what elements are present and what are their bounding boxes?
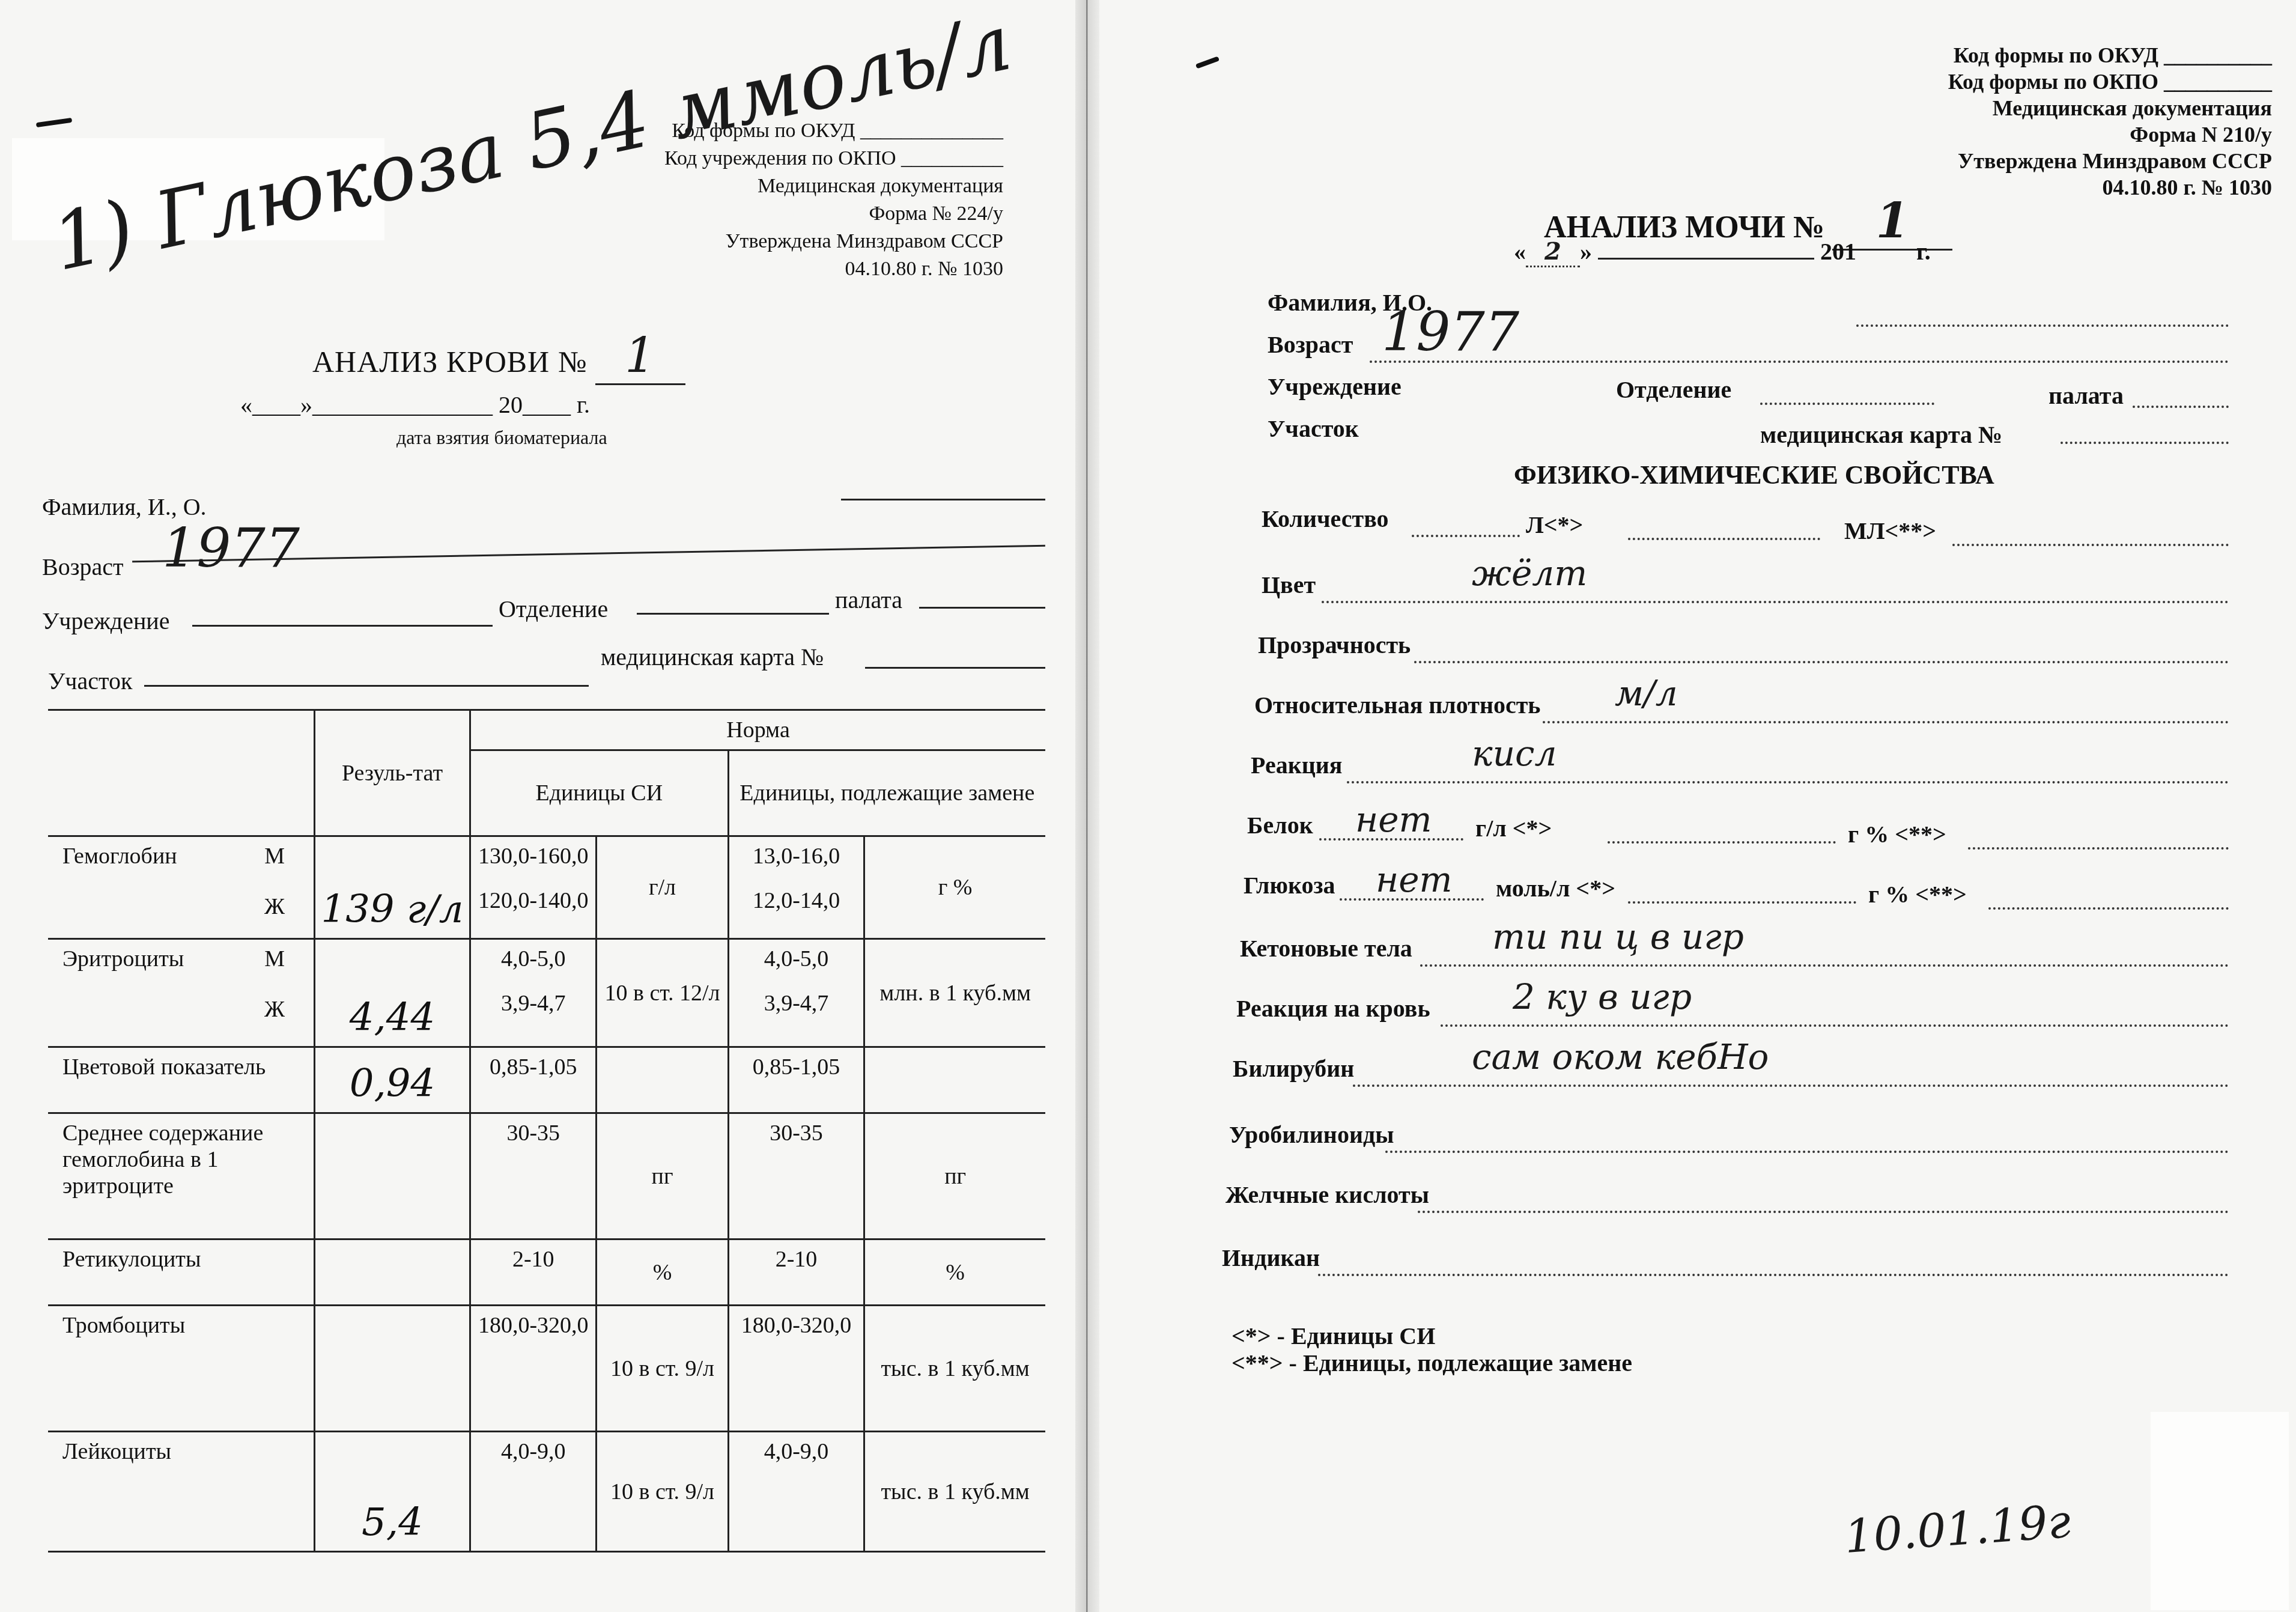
property-value: нет	[1376, 859, 1453, 900]
name-field[interactable]	[1856, 324, 2229, 327]
table-row: Ретикулоциты2-10%2-10%	[48, 1239, 1045, 1306]
table-row: Цветовой показатель0,940,85-1,050,85-1,0…	[48, 1047, 1045, 1113]
doc-type: Медицинская документация	[664, 172, 1003, 200]
form-number: Форма № 224/у	[664, 200, 1003, 228]
form-header: Код формы по ОКУД __________ Код формы п…	[1948, 42, 2272, 201]
property-field[interactable]	[1543, 721, 2229, 723]
old-range-cell: 180,0-320,0	[728, 1306, 864, 1432]
institution-field[interactable]	[192, 625, 493, 627]
property-value: нет	[1355, 799, 1432, 840]
district-field[interactable]	[144, 685, 589, 687]
medcard-label: медицинская карта №	[1760, 421, 2002, 449]
row-name: Эритроциты	[62, 946, 184, 972]
result-value: 139 г/л	[321, 887, 463, 932]
old-range-cell: 4,0-5,03,9-4,7	[728, 939, 864, 1047]
old-unit-cell: г %	[864, 836, 1045, 939]
property-value: м/л	[1615, 673, 1678, 714]
table-row: ГемоглобинМ Ж139 г/л130,0-160,0120,0-140…	[48, 836, 1045, 939]
result-value: 0,94	[350, 1062, 436, 1106]
property-label: Глюкоза	[1244, 871, 1335, 899]
property-field[interactable]	[1347, 781, 2229, 783]
property-value: сам оком кебНо	[1472, 1036, 1769, 1077]
property-field[interactable]	[1414, 661, 2229, 663]
si-unit-cell: 10 в ст. 12/л	[597, 939, 728, 1047]
row-name: Цветовой показатель	[62, 1054, 266, 1080]
result-cell[interactable]	[315, 1113, 470, 1239]
old-range-cell: 30-35	[728, 1113, 864, 1239]
ward-label: палата	[835, 586, 902, 614]
old-unit-cell: млн. в 1 куб.мм	[864, 939, 1045, 1047]
redacted-signature	[2151, 1412, 2289, 1610]
property-field[interactable]	[1420, 964, 2229, 967]
property-value: жёлт	[1472, 553, 1587, 594]
age-label: Возраст	[1268, 330, 1353, 359]
result-cell[interactable]	[315, 1306, 470, 1432]
parameter-cell: Тромбоциты	[48, 1306, 315, 1432]
quantity-old-field[interactable]	[1628, 538, 1820, 540]
property-label: Белок	[1247, 811, 1313, 839]
result-header: Резуль-тат	[315, 710, 470, 836]
result-cell[interactable]: 139 г/л	[315, 836, 470, 939]
si-range-cell: 0,85-1,05	[470, 1047, 597, 1113]
result-cell[interactable]: 0,94	[315, 1047, 470, 1113]
row-name: Ретикулоциты	[62, 1247, 201, 1272]
si-unit-cell	[597, 1047, 728, 1113]
department-label: Отделение	[499, 595, 608, 623]
quantity-si-unit: Л<*>	[1526, 511, 1583, 539]
property-label: Прозрачность	[1258, 631, 1411, 659]
department-field[interactable]	[637, 613, 829, 615]
footnote-old: <**> - Единицы, подлежащие замене	[1232, 1349, 1632, 1377]
age-value: 1977	[1382, 300, 1519, 363]
property-field[interactable]	[1322, 601, 2229, 603]
property-value: кисл	[1472, 733, 1556, 774]
signature-date: 10.01.19г	[1842, 1494, 2072, 1563]
district-label: Участок	[1268, 415, 1359, 443]
old-range-cell: 4,0-9,0	[728, 1432, 864, 1552]
institution-label: Учреждение	[42, 607, 170, 635]
book-spine	[1075, 0, 1099, 1612]
table-row: Лейкоциты5,44,0-9,010 в ст. 9/л4,0-9,0ты…	[48, 1432, 1045, 1552]
medcard-field[interactable]	[2061, 442, 2229, 444]
old-range-cell: 13,0-16,012,0-14,0	[728, 836, 864, 939]
date-line: «____»_______________ 20____ г.	[240, 391, 590, 419]
si-unit-cell: пг	[597, 1113, 728, 1239]
name-field[interactable]	[841, 499, 1045, 500]
si-unit-cell: 10 в ст. 9/л	[597, 1432, 728, 1552]
parameter-cell: ГемоглобинМ Ж	[48, 836, 315, 939]
replaced-units-header: Единицы, подлежащие замене	[728, 750, 1045, 836]
norm-header: Норма	[470, 710, 1046, 750]
result-cell[interactable]: 4,44	[315, 939, 470, 1047]
si-range-cell: 180,0-320,0	[470, 1306, 597, 1432]
district-label: Участок	[48, 667, 132, 695]
department-field[interactable]	[1760, 403, 1934, 405]
ward-field[interactable]	[919, 607, 1045, 609]
approval-date: 04.10.80 г. № 1030	[1948, 174, 2272, 201]
quantity-si-field[interactable]	[1412, 535, 1520, 537]
old-range-cell: 2-10	[728, 1239, 864, 1306]
row-name: Гемоглобин	[62, 843, 177, 869]
result-value: 4,44	[350, 996, 436, 1040]
property-field[interactable]	[1318, 1274, 2229, 1276]
property-field[interactable]	[1441, 1024, 2229, 1027]
corner-mark	[1195, 56, 1219, 68]
property-value: ти пи ц в игр	[1492, 916, 1744, 957]
old-range-cell: 0,85-1,05	[728, 1047, 864, 1113]
doc-type: Медицинская документация	[1948, 95, 2272, 121]
okud-label: Код формы по ОКУД	[1954, 43, 2158, 67]
parameter-cell: Ретикулоциты	[48, 1239, 315, 1306]
result-cell[interactable]	[315, 1239, 470, 1306]
medcard-label: медицинская карта №	[601, 643, 824, 671]
parameter-cell: Лейкоциты	[48, 1432, 315, 1552]
approved-by: Утверждена Минздравом СССР	[664, 228, 1003, 255]
page-title: АНАЛИЗ КРОВИ № 1	[312, 327, 685, 385]
property-label: Билирубин	[1233, 1054, 1354, 1083]
department-label: Отделение	[1616, 376, 1731, 404]
property-label: Реакция	[1251, 751, 1342, 779]
property-label: Уробилиноиды	[1229, 1121, 1394, 1149]
approval-date: 04.10.80 г. № 1030	[664, 255, 1003, 283]
property-field[interactable]	[1418, 1211, 2229, 1213]
quantity-label: Количество	[1262, 505, 1389, 533]
date-day: 2	[1526, 237, 1580, 267]
corner-mark	[36, 118, 73, 127]
property-field[interactable]	[1385, 1151, 2229, 1153]
si-range-cell: 130,0-160,0120,0-140,0	[470, 836, 597, 939]
age-label: Возраст	[42, 553, 123, 581]
si-range-cell: 2-10	[470, 1239, 597, 1306]
old-unit-cell: %	[864, 1239, 1045, 1306]
result-value: 5,4	[362, 1500, 423, 1545]
si-unit-cell: 10 в ст. 9/л	[597, 1306, 728, 1432]
si-range-cell: 30-35	[470, 1113, 597, 1239]
property-label: Реакция на кровь	[1236, 994, 1430, 1023]
property-label: Кетоновые тела	[1240, 934, 1412, 963]
old-unit-cell: тыс. в 1 куб.мм	[864, 1306, 1045, 1432]
parameter-cell: Среднее содержание гемоглобина в 1 эритр…	[48, 1113, 315, 1239]
table-row: ЭритроцитыМ Ж4,444,0-5,03,9-4,710 в ст. …	[48, 939, 1045, 1047]
footnote-si: <*> - Единицы СИ	[1232, 1322, 1435, 1350]
row-name: Лейкоциты	[62, 1439, 171, 1464]
row-name: Среднее содержание гемоглобина в 1 эритр…	[62, 1121, 263, 1199]
si-unit-cell: г/л	[597, 836, 728, 939]
quantity-old-unit: МЛ<**>	[1844, 517, 1936, 545]
old-unit-cell: пг	[864, 1113, 1045, 1239]
analysis-number: 1	[595, 327, 685, 385]
parameter-cell: Цветовой показатель	[48, 1047, 315, 1113]
approved-by: Утверждена Минздравом СССР	[1948, 148, 2272, 174]
property-field[interactable]	[1353, 1084, 2229, 1087]
old-unit-cell	[864, 1047, 1045, 1113]
property-value: 2 ку в игр	[1513, 976, 1692, 1017]
ward-field[interactable]	[2133, 406, 2229, 408]
age-field[interactable]	[1370, 360, 2229, 363]
blood-results-table: Резуль-тат Норма Единицы СИ Единицы, под…	[48, 709, 1045, 1553]
medcard-field[interactable]	[865, 667, 1045, 669]
institution-label: Учреждение	[1268, 373, 1402, 401]
si-range-cell: 4,0-5,03,9-4,7	[470, 939, 597, 1047]
ward-label: палата	[2048, 382, 2124, 410]
section-title: ФИЗИКО-ХИМИЧЕСКИЕ СВОЙСТВА	[1514, 460, 1994, 490]
table-row: Среднее содержание гемоглобина в 1 эритр…	[48, 1113, 1045, 1239]
si-units-header: Единицы СИ	[470, 750, 729, 836]
si-range-cell: 4,0-9,0	[470, 1432, 597, 1552]
property-label: Желчные кислоты	[1225, 1181, 1429, 1209]
form-number: Форма N 210/у	[1948, 121, 2272, 148]
property-label: Индикан	[1222, 1244, 1320, 1272]
blood-analysis-page: Код формы по ОКУД ______________ Код учр…	[0, 0, 1075, 1612]
result-cell[interactable]: 5,4	[315, 1432, 470, 1552]
property-label: Цвет	[1262, 571, 1316, 599]
property-label: Относительная плотность	[1254, 691, 1541, 719]
urine-analysis-page: Код формы по ОКУД __________ Код формы п…	[1099, 0, 2296, 1612]
si-unit-cell: %	[597, 1239, 728, 1306]
age-value: 1977	[162, 517, 300, 580]
okpo-label: Код формы по ОКПО	[1948, 70, 2158, 94]
table-row: Тромбоциты180,0-320,010 в ст. 9/л180,0-3…	[48, 1306, 1045, 1432]
old-unit-cell: тыс. в 1 куб.мм	[864, 1432, 1045, 1552]
row-name: Тромбоциты	[62, 1313, 185, 1338]
parameter-cell: ЭритроцитыМ Ж	[48, 939, 315, 1047]
date-line: «2» 201г.	[1514, 237, 1931, 267]
